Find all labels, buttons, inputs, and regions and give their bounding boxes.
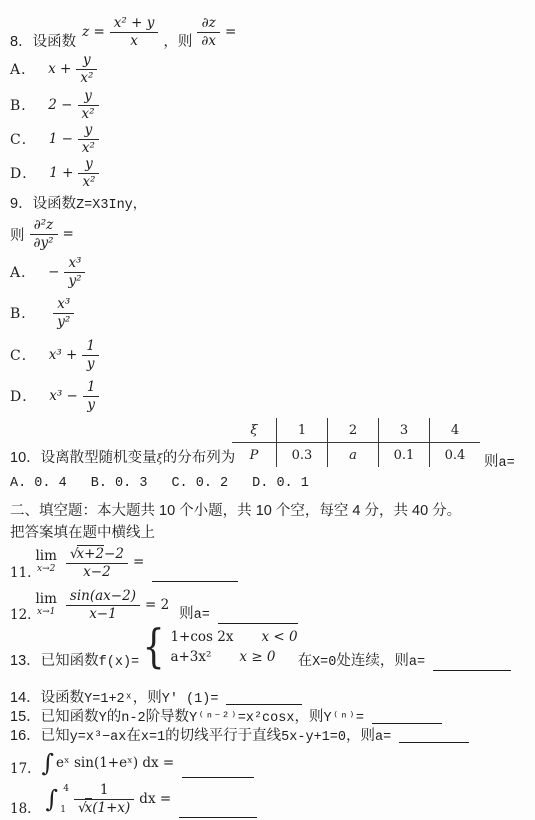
q9-option-c: C． x³ + 1y (10, 336, 104, 374)
fraction-denominator: √x(1+x) (74, 800, 134, 816)
fraction-denominator: x−1 (85, 606, 121, 622)
fraction-numerator: y (81, 123, 97, 139)
question-9-expression: 则 ∂²z ∂y² = (10, 214, 74, 254)
fraction-numerator: sin(ax−2) (66, 589, 140, 605)
q10-option-d: D. 0. 1 (252, 476, 309, 491)
integral-lower-limit: 1 (60, 805, 66, 815)
question-18: 18. ∫ 4 1 1 √x(1+x) dx = (10, 778, 257, 820)
fraction-denominator: x−2 (79, 564, 115, 580)
lim-subscript: x→2 (37, 565, 55, 574)
q8-partial-derivative: ∂z ∂x (197, 16, 220, 49)
fraction-denominator: x² (78, 106, 99, 122)
q10-options-row: A. 0. 4 B. 0. 3 C. 0. 2 D. 0. 1 (10, 476, 309, 491)
fraction: x³y² (64, 256, 85, 289)
answer-blank (226, 691, 302, 705)
fraction: 1y (83, 380, 100, 413)
lim-subscript: x→1 (37, 608, 55, 617)
fraction: 1y (82, 339, 99, 372)
fraction-numerator: ∂z (198, 16, 220, 32)
question-15-text: 15．已知函数 Y 的 n-2 阶导数 Y⁽ⁿ⁻²⁾=x²cosx，则 Y⁽ⁿ⁾… (10, 705, 364, 726)
piecewise-cases: 1+cos 2xx < 0 a+3x²x ≥ 0 (170, 629, 297, 665)
answer-blank (399, 729, 469, 743)
answer-blank (433, 657, 511, 671)
fraction-numerator: 1 (96, 783, 113, 799)
option-label: C． (10, 345, 37, 365)
q8-option-c: C． 1 − yx² (10, 122, 104, 156)
answer-blank (179, 804, 257, 818)
q8-mid-text: ，则 (163, 30, 192, 54)
fraction: yx² (76, 53, 97, 86)
q18-fraction: 1 √x(1+x) (74, 783, 134, 816)
q9-option-d: D． x³ − 1y (10, 377, 104, 415)
q8-equals: = (225, 24, 236, 40)
q10-option-b: B. 0. 3 (91, 476, 148, 491)
option-label: B． (10, 303, 36, 323)
fraction-denominator: ∂y² (30, 235, 58, 251)
sqrt-argument: x+2 (77, 545, 105, 562)
q17-expression: eˣ sin(1+eˣ) dx = (56, 755, 174, 771)
question-17: 17. ∫ eˣ sin(1+eˣ) dx = (10, 746, 254, 780)
option-pre: x + (48, 61, 71, 77)
case-condition: x ≥ 0 (239, 649, 275, 665)
q9-then-text: 则 (10, 224, 25, 245)
fraction-denominator: y (83, 356, 99, 372)
q9-option-a: A． − x³y² (10, 253, 90, 291)
case-condition: x < 0 (261, 629, 297, 645)
section-2-header: 二、填空题：本大题共 10 个小题，共 10 个空，每空 4 分，共 40 分。 (10, 499, 461, 520)
q10-option-c: C. 0. 2 (171, 476, 228, 491)
fraction-denominator: y² (53, 314, 74, 330)
definite-integral: ∫ 4 1 (45, 787, 69, 812)
lim-text: lim (35, 593, 56, 607)
option-pre: 1 + (49, 165, 73, 181)
option-label: B． (10, 95, 36, 115)
section-2-subheader: 把答案填在题中横线上 (10, 521, 155, 542)
answer-blank (152, 568, 238, 582)
integral-upper-limit: 4 (63, 784, 69, 794)
fraction-denominator: y² (64, 273, 85, 289)
q11-equals: = (133, 554, 144, 570)
fraction: yx² (78, 123, 99, 156)
limit-operator: lim x→1 (35, 593, 56, 617)
q12-fraction: sin(ax−2) x−1 (66, 589, 140, 622)
fraction-numerator: √x+2−2 (66, 545, 128, 563)
answer-blank (372, 710, 442, 724)
fraction: x³y² (53, 297, 74, 330)
fraction-denominator: x² (76, 70, 97, 86)
question-number: 18. (10, 801, 31, 820)
fraction-numerator: x³ (53, 297, 74, 313)
q8-lhs: z = (82, 24, 105, 40)
fraction-numerator: ∂²z (30, 218, 58, 234)
fraction-numerator: y (81, 157, 97, 173)
fraction-denominator: x² (78, 140, 99, 156)
lim-text: lim (35, 550, 56, 564)
q8-fraction-1: x² + y x (110, 16, 159, 49)
q18-dx-equals: dx = (139, 791, 171, 807)
numerator-tail: −2 (104, 547, 124, 562)
fraction-denominator: x² (78, 174, 99, 190)
q10-option-a: A. 0. 4 (10, 476, 67, 491)
option-pre: 1 − (49, 131, 73, 147)
q12-equals-2: = 2 (145, 597, 169, 613)
option-pre: 2 − (48, 97, 72, 113)
fraction-numerator: 1 (83, 380, 100, 396)
cases-brace: { (143, 626, 165, 667)
case-row: 1+cos 2xx < 0 (170, 629, 297, 645)
answer-blank (182, 764, 254, 778)
q9-option-b: B． x³y² (10, 294, 79, 332)
q9-partial-derivative: ∂²z ∂y² (30, 218, 58, 251)
q8-option-a: A． x + yx² (10, 52, 102, 86)
option-label: D． (10, 386, 37, 406)
question-13-tail: 在 X=0 处连续，则 a= (298, 649, 426, 673)
fraction: yx² (78, 89, 99, 122)
section-2-line1: 二、填空题：本大题共 10 个小题，共 10 个空，每空 4 分，共 40 分。 (10, 499, 461, 520)
option-pre: x³ − (49, 388, 78, 404)
q9-equals: = (63, 226, 74, 242)
question-11: 11. lim x→2 √x+2−2 x−2 = (10, 540, 238, 584)
fraction-numerator: y (79, 53, 95, 69)
question-14: 14．设函数 Y=1+2ˣ，则 Y′ (1)= (10, 686, 302, 707)
question-13-lead: 13．已知函数 f(x)= (10, 649, 139, 673)
fraction-denominator: x (126, 33, 142, 49)
option-label: C． (10, 129, 37, 149)
integral-sign: ∫ (45, 785, 58, 813)
option-label: A． (10, 59, 36, 79)
question-8-lead: 8．设函数 (10, 30, 76, 54)
question-16: 16．已知 y=x³−ax 在 x=1 的切线平行于直线 5x-y+1=0，则 … (10, 724, 469, 745)
fraction: yx² (78, 157, 99, 190)
question-14-text: 14．设函数 Y=1+2ˣ，则 Y′ (1)= (10, 686, 218, 707)
q8-option-d: D． 1 + yx² (10, 156, 104, 190)
question-8-stem: 8．设函数 z = x² + y x ，则 ∂z ∂x = (10, 10, 236, 54)
fraction-numerator: x² + y (110, 16, 159, 32)
option-pre: x³ + (49, 347, 78, 363)
q8-option-b: B． 2 − yx² (10, 88, 104, 122)
case-expression: 1+cos 2x (170, 629, 233, 645)
option-label: D． (10, 163, 37, 183)
option-pre: − (48, 264, 59, 280)
limit-operator: lim x→2 (35, 550, 56, 574)
question-9-stem: 9．设函数 Z=X3Iny， (10, 192, 146, 213)
question-13: 13．已知函数 f(x)= { 1+cos 2xx < 0 a+3x²x ≥ 0… (10, 621, 511, 673)
denominator-tail: (1+x) (92, 800, 130, 816)
fraction-denominator: y (83, 397, 99, 413)
integral-sign: ∫ (41, 751, 54, 775)
fraction-numerator: y (80, 89, 96, 105)
option-label: A． (10, 262, 36, 282)
question-15: 15．已知函数 Y 的 n-2 阶导数 Y⁽ⁿ⁻²⁾=x²cosx，则 Y⁽ⁿ⁾… (10, 705, 442, 726)
case-row: a+3x²x ≥ 0 (170, 649, 297, 665)
exam-page: 8．设函数 z = x² + y x ，则 ∂z ∂x = A． x + yx²… (0, 0, 535, 820)
fraction-numerator: x³ (64, 256, 85, 272)
distribution-table: ξ1234P0.3a0.10.4 (232, 418, 480, 467)
question-16-text: 16．已知 y=x³−ax 在 x=1 的切线平行于直线 5x-y+1=0，则 … (10, 724, 391, 745)
section-2-line2: 把答案填在题中横线上 (10, 521, 155, 542)
case-expression: a+3x² (170, 649, 211, 665)
fraction-numerator: 1 (82, 339, 99, 355)
fraction-denominator: ∂x (197, 33, 220, 49)
question-10-stem: 10．设离散型随机变量ξ的分布列为 (10, 446, 235, 467)
q10-then-text: 则 a= (484, 450, 515, 471)
question-number: 11. (10, 565, 31, 584)
q11-fraction: √x+2−2 x−2 (66, 545, 128, 580)
